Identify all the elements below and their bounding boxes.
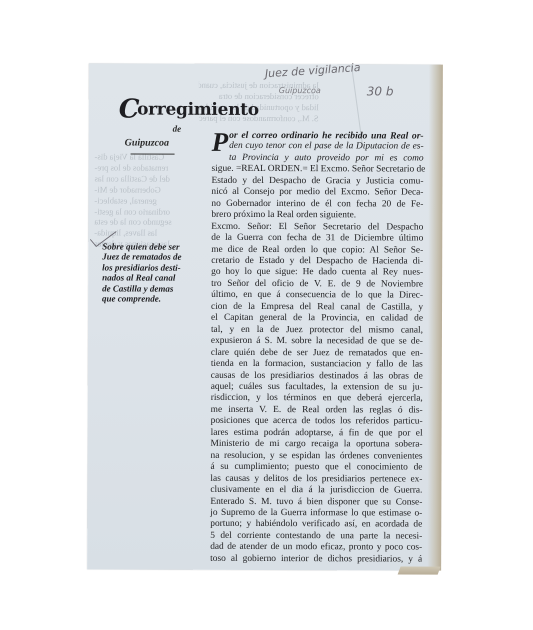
body-line: Excmo. Señor: El Señor Secretario del De…	[211, 221, 423, 233]
body-line: toso al gobierno interior de dichos pres…	[210, 554, 422, 566]
bleed-line: rematados de los pre-	[95, 162, 199, 173]
bleed-line: general, estableci-	[94, 195, 198, 206]
margin-note-line: de Castilla y demas	[102, 283, 202, 294]
body-line: cretario de Estado y del Despacho de Hac…	[211, 256, 423, 268]
heading-ornate-initial: C	[119, 94, 140, 124]
handwritten-note: Juez de vigilancia	[265, 61, 361, 80]
margin-note-line: Sobre quien debe ser	[102, 241, 202, 252]
heading-place: Guipuzcoa	[125, 138, 169, 149]
body-line: go hoy lo que sigue: He dado cuenta al R…	[211, 267, 423, 279]
body-line: Estado y del Despacho de Gracia y Justic…	[211, 176, 423, 188]
body-line: clare quién debe de ser Juez de rematado…	[211, 347, 423, 359]
heading-rule	[131, 154, 175, 155]
body-line: or el correo ordinario he recibido una R…	[212, 130, 424, 142]
bleed-line: del de Castilla con las	[94, 173, 198, 184]
bleed-line: ordinario con la gesti-	[94, 206, 198, 217]
margin-note-line: que comprende.	[102, 293, 202, 304]
heading-de: de	[173, 124, 182, 134]
page-edge-stain	[427, 65, 443, 571]
bleed-line: segundo con la de esta	[94, 217, 198, 228]
margin-note: Sobre quien debe ser Juez de rematados d…	[102, 241, 202, 304]
body-line: den cuyo tenor con el pase de la Diputac…	[212, 141, 424, 153]
body-line: tal, y en la de Juez protector del mismo…	[211, 325, 423, 337]
body-line: aquel; cuáles sus facultades, la extensi…	[211, 382, 423, 394]
body-line: risdiccion, y los términos en que deberá…	[211, 393, 423, 405]
body-line: tienda en la formacion, sustanciacion y …	[211, 359, 423, 371]
document-body: P or el correo ordinario he recibido una…	[210, 130, 424, 566]
page-corner-stain	[398, 566, 441, 574]
drop-cap: P	[212, 131, 229, 153]
body-line: de la Guerra con fecha de 31 de Diciembr…	[211, 233, 423, 245]
margin-note-line: los presidiarios desti-	[102, 262, 202, 273]
bleed-line: Gobernador de Mi-	[94, 184, 198, 195]
body-line: no Gobernador interino de él con fecha 2…	[211, 199, 423, 211]
document-page: la administracion de justicia, cuando ll…	[87, 63, 441, 570]
body-line: portuno; y habiéndolo verificado así, en…	[210, 519, 422, 531]
body-line: último, en que á consecuencia de lo que …	[211, 290, 423, 302]
body-line: clusivamente en el dia á la jurisdiccion…	[210, 485, 422, 497]
body-line: causas de los presidiarios destinados á …	[211, 370, 423, 382]
body-line: brero próximo la Real orden siguiente.	[211, 210, 423, 222]
margin-note-line: Juez de rematados de	[102, 252, 202, 263]
body-line: nicó al Consejo por medio del Excmo. Señ…	[211, 187, 423, 199]
body-line: ta Provincia y auto proveido por mi es c…	[212, 153, 424, 165]
body-line: Enterado S. M. tuvo á bien disponer que …	[210, 496, 422, 508]
body-line: expusieron á S. M. sobre la necesidad de…	[211, 336, 423, 348]
body-line: las causas y delitos de los presidiarios…	[210, 473, 422, 485]
body-line: posiciones que acerca de todos los refer…	[211, 416, 423, 428]
body-line: me dice de Real orden lo que copio: Al S…	[211, 244, 423, 256]
body-line: dad de atender de un modo eficaz, pronto…	[210, 542, 422, 554]
handwritten-page-number: 30 b	[367, 84, 394, 98]
body-line: el Capitan general de la Provincia, en c…	[211, 313, 423, 325]
body-line: na resolucion, y se espidan las órdenes …	[210, 451, 422, 463]
body-line: cion de la Empresa del Real canal de Cas…	[211, 302, 423, 314]
handwritten-note-scribble: Guipuzcoa	[279, 86, 321, 95]
document-heading: Corregimiento	[119, 91, 259, 121]
body-line: sigue. =REAL ORDEN.= El Excmo. Señor Sec…	[211, 164, 423, 176]
body-line: á su cumplimiento; puesto que el conocim…	[210, 462, 422, 474]
body-line: lares estima podrán adoptarse, á fin de …	[211, 428, 423, 440]
heading-title: orregimiento	[137, 100, 259, 120]
body-line: Ministerio de mi cargo recaiga la oportu…	[211, 439, 423, 451]
body-line: tro Señor del oficio de V. E. de 9 de No…	[211, 279, 423, 291]
margin-note-line: nados al Real canal	[102, 273, 202, 284]
